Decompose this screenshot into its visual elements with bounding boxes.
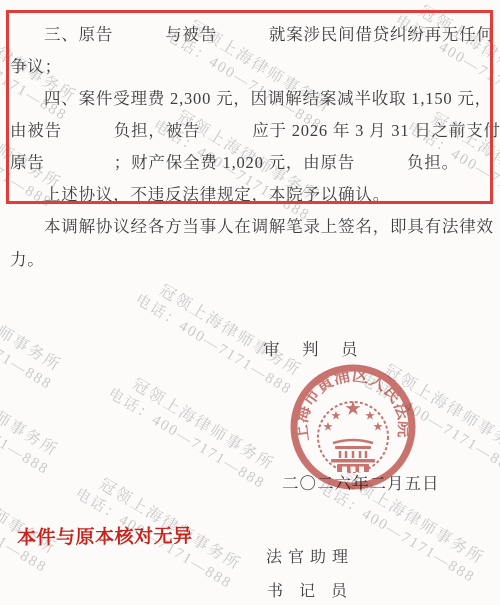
court-mediation-document: 冠领上海律师事务所电话：400—7171—888冠领上海律师事务所电话：400—… — [0, 0, 500, 605]
seal-court-name: 上海市黄浦区人民法院 — [290, 365, 415, 443]
watermark-phone: 电话：400—7171—888 — [357, 372, 500, 478]
seal-outer-ring — [294, 368, 412, 486]
watermark-firm-name: 冠领上海律师事务所 — [0, 277, 66, 377]
watermark-tile: 冠领上海律师事务所电话：400—7171—888 — [0, 277, 66, 393]
clause-3-line-1: 三、原告 与被告 就案涉民间借贷纠纷再无任何 — [44, 21, 494, 45]
emblem-big-star-icon: ★ — [345, 399, 361, 418]
emblem-small-star-icon: ★ — [323, 421, 333, 433]
watermark-phone: 电话：400—7171—888 — [0, 287, 55, 393]
emblem-small-star-icon: ★ — [373, 421, 383, 433]
emblem-small-star-icon: ★ — [365, 410, 375, 422]
watermark-phone: 电话：400—7171—888 — [105, 386, 268, 492]
legal-effect-line-2: 力。 — [10, 246, 45, 270]
clause-3-line-2: 争议； — [10, 53, 62, 77]
confirmation-line: 上述协议，不违反法律规定，本院予以确认。 — [44, 181, 390, 205]
watermark-firm-name: 冠领上海律师事务所 — [381, 362, 500, 462]
verification-stamp-text: 本件与原本核对无异 — [17, 521, 193, 550]
watermark-tile: 冠领上海律师事务所电话：400—7171—888 — [119, 376, 279, 492]
judgment-date: 二〇二六年二月五日 — [282, 470, 440, 494]
watermark-phone: 电话：400—7171—888 — [315, 480, 478, 586]
clause-4-line-2: 由被告 负担，被告 应于 2026 年 3 月 31 日之前支付 — [10, 117, 500, 141]
watermark-tile: 冠领上海律师事务所电话：400—7171—888 — [0, 362, 63, 478]
clause-4-line-3: 原告 ；财产保全费 1,020 元，由原告 负担。 — [10, 149, 459, 173]
emblem-small-star-icon: ★ — [331, 410, 341, 422]
legal-effect-line-1: 本调解协议经各方当事人在调解笔录上签名，即具有法律效 — [44, 213, 494, 237]
clause-4-line-1: 四、案件受理费 2,300 元，因调解结案减半收取 1,150 元， — [44, 85, 492, 109]
watermark-firm-name: 冠领上海律师事务所 — [0, 95, 66, 195]
emblem-gate — [331, 440, 375, 472]
seal-wreath — [318, 402, 388, 472]
watermark-tile: 冠领上海律师事务所电话：400—7171—888 — [371, 362, 500, 478]
watermark-firm-name: 冠领上海律师事务所 — [129, 376, 279, 476]
watermark-firm-name: 冠领上海律师事务所 — [0, 362, 63, 462]
judge-assistant-label: 法 官 助 理 — [266, 544, 349, 567]
clerk-label: 书 记 员 — [267, 578, 347, 601]
svg-text:上海市黄浦区人民法院: 上海市黄浦区人民法院 — [290, 365, 415, 443]
judge-label: 审 判 员 — [263, 336, 361, 360]
watermark-phone: 电话：400—7171—888 — [0, 372, 52, 478]
watermark-firm-name: 冠领上海律师事务所 — [156, 282, 306, 382]
watermark-tile: 冠领上海律师事务所电话：400—7171—888 — [0, 460, 61, 576]
